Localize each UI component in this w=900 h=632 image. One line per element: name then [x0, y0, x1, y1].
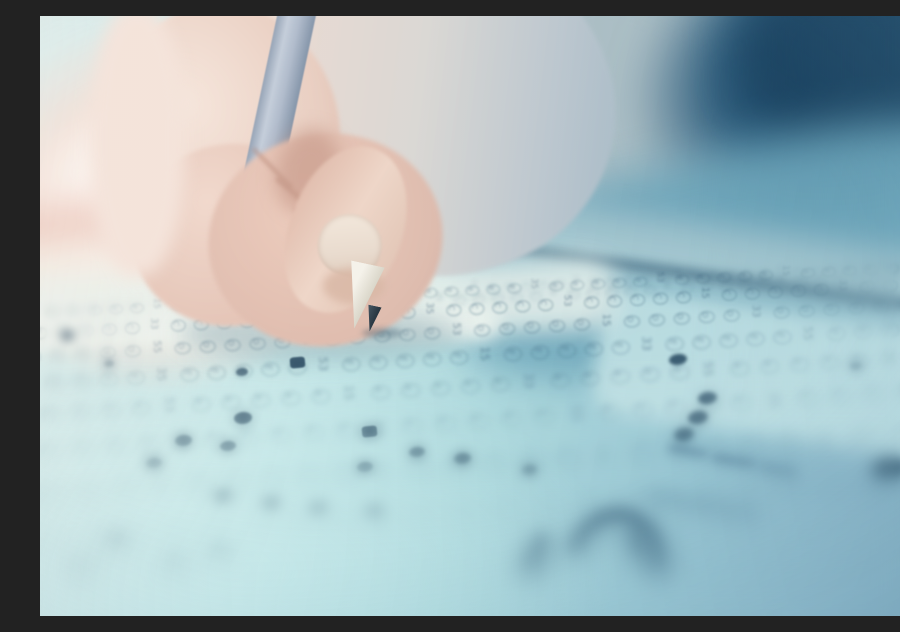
- hand-left-edge-highlight: [90, 16, 185, 276]
- hand-holding-pencil: [40, 16, 900, 616]
- photo-exam-answer-sheet: 55EEEEE35EEEEE53EEEEE15EEEEE33EE35AAAAA5…: [40, 16, 900, 616]
